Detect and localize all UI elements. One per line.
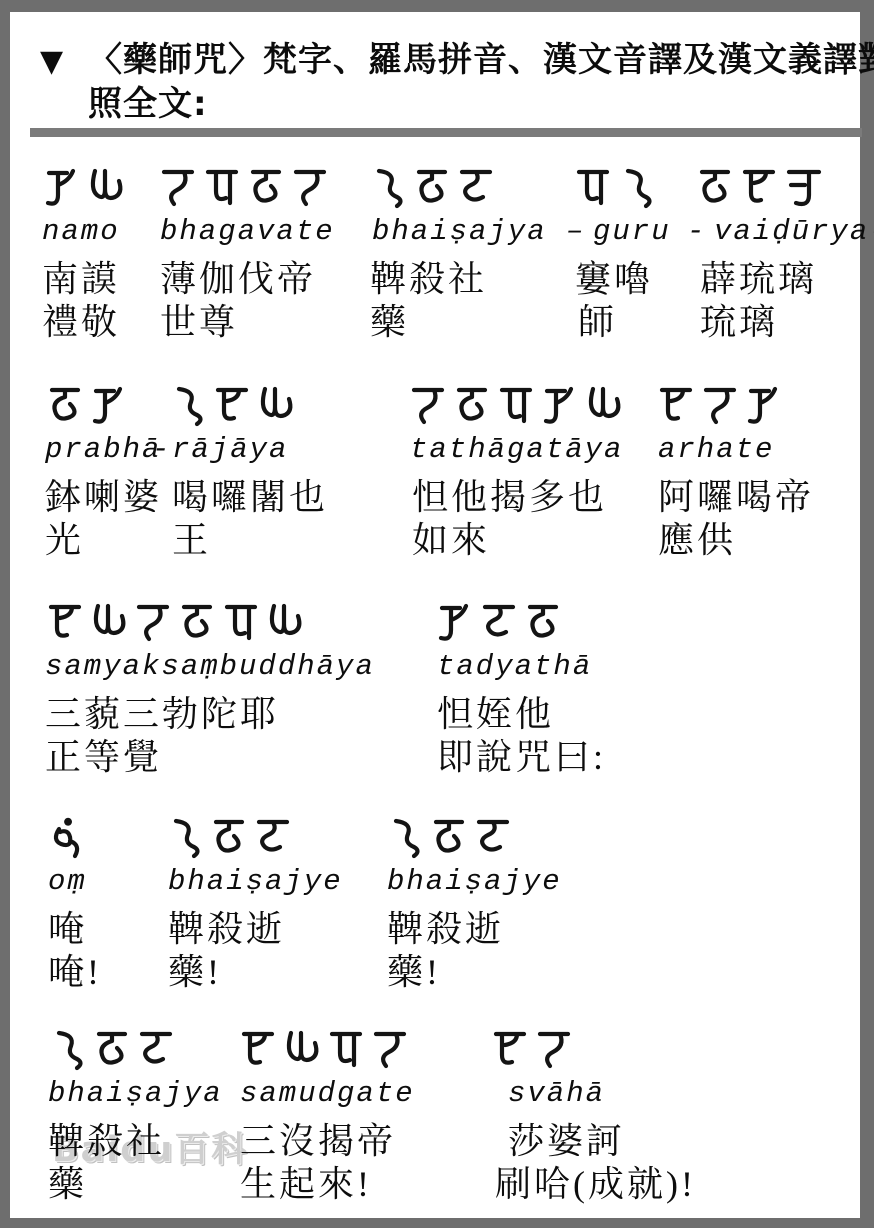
roman-word: prabhā: [45, 433, 161, 466]
siddham-group: [45, 382, 129, 430]
mantra-block-1: namo bhagavate bhaiṣajya – guru - vaiḍūr…: [0, 160, 874, 360]
mantra-block-2: prabhā - rājāya tathāgatāya arhate 鉢喇婆 喝…: [0, 378, 874, 578]
title-line-2: 照全文:: [88, 82, 868, 126]
mantra-block-5: bhaiṣajya samudgate svāhā 鞞殺社 三沒揭帝 莎婆訶 藥…: [0, 1022, 874, 1222]
siddham-group: [695, 164, 823, 212]
roman-word: bhaiṣajya: [372, 215, 547, 248]
meaning-word: 生起來!: [240, 1156, 372, 1207]
siddham-group: [408, 382, 624, 430]
roman-separator: -: [152, 433, 171, 466]
siddham-group: [490, 1026, 574, 1074]
meaning-word: 琉璃: [700, 294, 778, 345]
siddham-group: [48, 1026, 176, 1074]
roman-word: tadyathā: [437, 650, 592, 683]
meaning-word: 藥: [48, 1156, 87, 1207]
roman-separator: –: [566, 215, 585, 248]
meaning-word: 王: [172, 512, 211, 563]
mantra-block-3: samyaksaṃbuddhāya tadyathā 三藐三勃陀耶 怛姪他 正等…: [0, 595, 874, 795]
roman-word: oṃ: [48, 865, 87, 898]
title-line-1: 〈藥師咒〉梵字、羅馬拼音、漢文音譯及漢文義譯對: [88, 38, 868, 82]
roman-word: bhaiṣajye: [168, 865, 343, 898]
siddham-group: [48, 814, 88, 862]
siddham-group: [573, 164, 657, 212]
roman-word: arhate: [658, 433, 774, 466]
roman-word: bhaiṣajya: [48, 1077, 223, 1110]
roman-word: bhaiṣajye: [387, 865, 562, 898]
meaning-word: 如來: [412, 512, 490, 563]
siddham-group: [238, 1026, 410, 1074]
meaning-word: 禮敬: [42, 294, 120, 345]
siddham-group: [656, 382, 784, 430]
meaning-word: 刷哈(成就)!: [495, 1156, 696, 1207]
page-title: 〈藥師咒〉梵字、羅馬拼音、漢文音譯及漢文義譯對 照全文:: [88, 38, 868, 126]
triangle-marker-icon: ▼: [40, 47, 63, 77]
meaning-word: 藥: [370, 294, 409, 345]
roman-word: samyaksaṃbuddhāya: [45, 650, 375, 683]
roman-word: samudgate: [240, 1077, 415, 1110]
roman-separator: -: [687, 215, 706, 248]
meaning-word: 師: [578, 294, 617, 345]
roman-word: svāhā: [508, 1077, 605, 1110]
meaning-word: 世尊: [160, 294, 238, 345]
roman-word: vaiḍūrya-: [714, 215, 874, 248]
meaning-word: 唵!: [48, 944, 102, 995]
roman-word: namo: [42, 215, 120, 248]
meaning-word: 正等覺: [45, 729, 162, 780]
siddham-group: [165, 814, 293, 862]
siddham-group: [42, 164, 126, 212]
siddham-group: [435, 599, 563, 647]
meaning-word: 藥!: [387, 944, 441, 995]
roman-word: bhagavate: [160, 215, 335, 248]
siddham-group: [45, 599, 305, 647]
roman-word: rājāya: [172, 433, 288, 466]
siddham-group: [385, 814, 513, 862]
siddham-group: [368, 164, 496, 212]
roman-word: guru: [593, 215, 671, 248]
meaning-word: 藥!: [168, 944, 222, 995]
siddham-group: [158, 164, 330, 212]
roman-word: tathāgatāya: [410, 433, 623, 466]
meaning-word: 應供: [658, 512, 736, 563]
title-divider: [30, 128, 862, 137]
siddham-group: [168, 382, 296, 430]
mantra-block-4: oṃ bhaiṣajye bhaiṣajye 唵 鞞殺逝 鞞殺逝 唵! 藥! 藥…: [0, 810, 874, 1010]
meaning-word: 光: [45, 512, 84, 563]
meaning-word: 即說咒曰:: [437, 729, 606, 780]
